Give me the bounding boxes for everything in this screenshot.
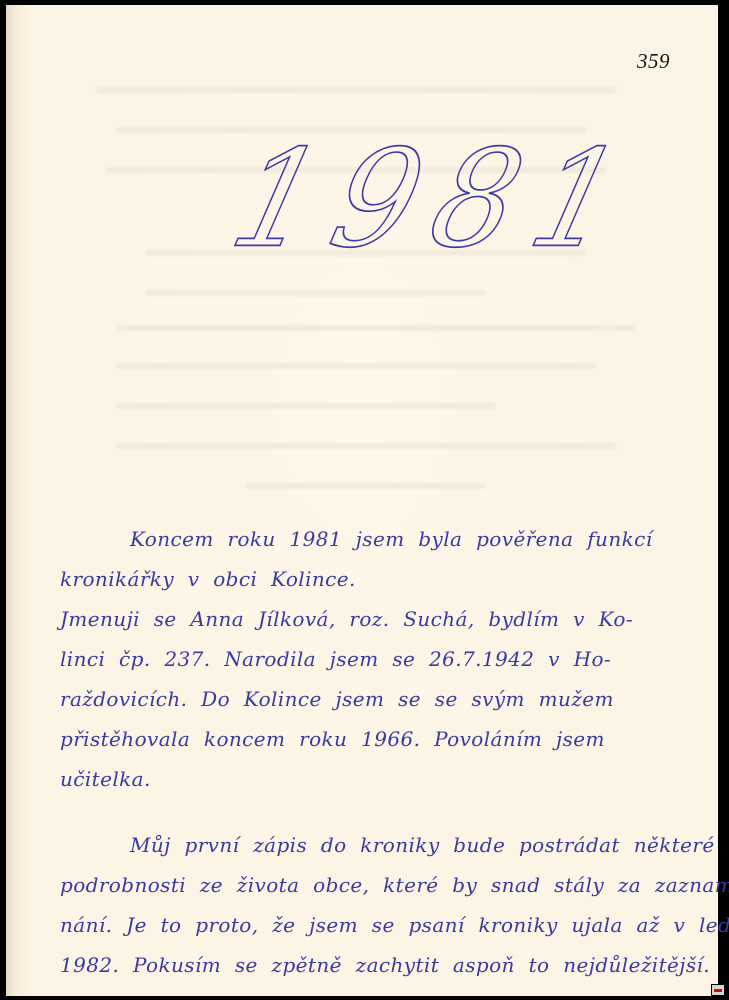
minimize-icon (714, 989, 722, 992)
page-number: 359 (637, 49, 670, 74)
chronicle-page: 359 1981 Koncem roku 1981 jsem byla pově… (6, 5, 718, 996)
text-line: Koncem roku 1981 jsem byla pověřena funk… (60, 519, 696, 559)
handwritten-entry: Koncem roku 1981 jsem byla pověřena funk… (60, 519, 696, 985)
text-line: linci čp. 237. Narodila jsem se 26.7.194… (60, 639, 696, 679)
text-line: Jmenuji se Anna Jílková, roz. Suchá, byd… (60, 599, 696, 639)
year-heading: 1981 (220, 133, 651, 267)
text-line: raždovicích. Do Kolince jsem se se svým … (60, 679, 696, 719)
minimize-button[interactable] (711, 984, 725, 996)
bleed-through-texture (116, 363, 596, 369)
text-line: kronikářky v obci Kolince. (60, 559, 696, 599)
text-line: Můj první zápis do kroniky bude postráda… (60, 825, 696, 865)
bleed-through-texture (116, 325, 636, 331)
bleed-through-texture (96, 87, 616, 93)
text-line: učitelka. (60, 759, 696, 799)
text-line: nání. Je to proto, že jsem se psaní kron… (60, 905, 696, 945)
paragraph-1: Koncem roku 1981 jsem byla pověřena funk… (60, 519, 696, 799)
text-line: podrobnosti ze života obce, které by sna… (60, 865, 696, 905)
bleed-through-texture (246, 483, 486, 489)
viewer-frame: 359 1981 Koncem roku 1981 jsem byla pově… (0, 0, 729, 1000)
text-line: přistěhovala koncem roku 1966. Povoláním… (60, 719, 696, 759)
bleed-through-texture (146, 290, 486, 296)
bleed-through-texture (116, 403, 496, 409)
bleed-through-texture (116, 443, 616, 449)
text-line: 1982. Pokusím se zpětně zachytit aspoň t… (60, 945, 696, 985)
paragraph-spacer (60, 799, 696, 825)
paragraph-2: Můj první zápis do kroniky bude postráda… (60, 825, 696, 985)
